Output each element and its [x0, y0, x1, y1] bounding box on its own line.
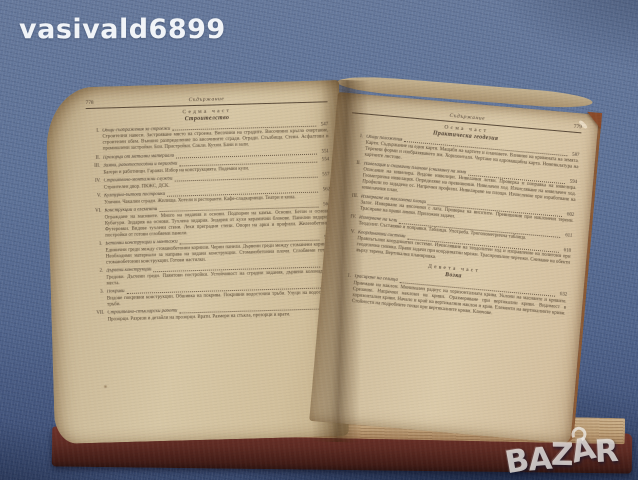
left-running-title: Съдържание [105, 94, 307, 106]
toc-item-number: III. [87, 164, 103, 177]
toc-item-number: III. [344, 193, 362, 213]
right-page: Съдържание 779 Осма част Практическа гео… [309, 92, 602, 444]
toc-item-title: Покриви [107, 289, 125, 295]
toc-item: I.Общи съображения за строежи547Строител… [86, 122, 329, 153]
toc-item: 1.Бетонни конструкции и монтажи571Единич… [89, 236, 332, 267]
toc-item-number: II. [87, 155, 103, 161]
bazar-letter: R [594, 433, 619, 470]
left-page: 778 Съдържание Седма част Строителство I… [45, 80, 349, 444]
toc-item-number: IV. [88, 179, 104, 192]
right-toc-list: 1.Общи положения587Карти. Съдържание на … [340, 133, 580, 273]
toc-item-number: VI. [88, 209, 105, 240]
toc-item-page-number: 632 [557, 292, 567, 299]
toc-item-number: 2. [90, 269, 107, 288]
toc-item-page-number: 611 [562, 233, 572, 240]
bazar-letter: A [526, 441, 552, 479]
toc-item-number: 3. [91, 290, 108, 309]
toc-item-page-number: 547 [318, 122, 328, 128]
toc-item: VI.Конструкции и елементи564Ограждане на… [88, 203, 331, 240]
toc-item-page-number: 554 [319, 157, 329, 163]
dotted-leader [176, 150, 317, 158]
toc-item-page-number: 551 [319, 149, 329, 155]
toc-item-number: 1. [89, 242, 106, 267]
left-folio: 778 [85, 99, 105, 106]
left-toc-list: I.Общи съображения за строежи547Строител… [86, 122, 333, 324]
toc-item-title: Прозорци от метални материали [103, 153, 174, 161]
toc-item-number: VII. [91, 311, 107, 324]
seller-watermark: vasivald6899 [19, 14, 226, 45]
right-folio: 779 [562, 123, 582, 131]
toc-item-number: V. [88, 194, 104, 207]
photo-of-book-listing: 778 Съдържание Седма част Строителство I… [0, 0, 638, 480]
toc-item-page-number: 557 [320, 172, 330, 178]
toc-item-number: IV. [342, 214, 359, 228]
toc-item-number: I. [86, 128, 103, 153]
